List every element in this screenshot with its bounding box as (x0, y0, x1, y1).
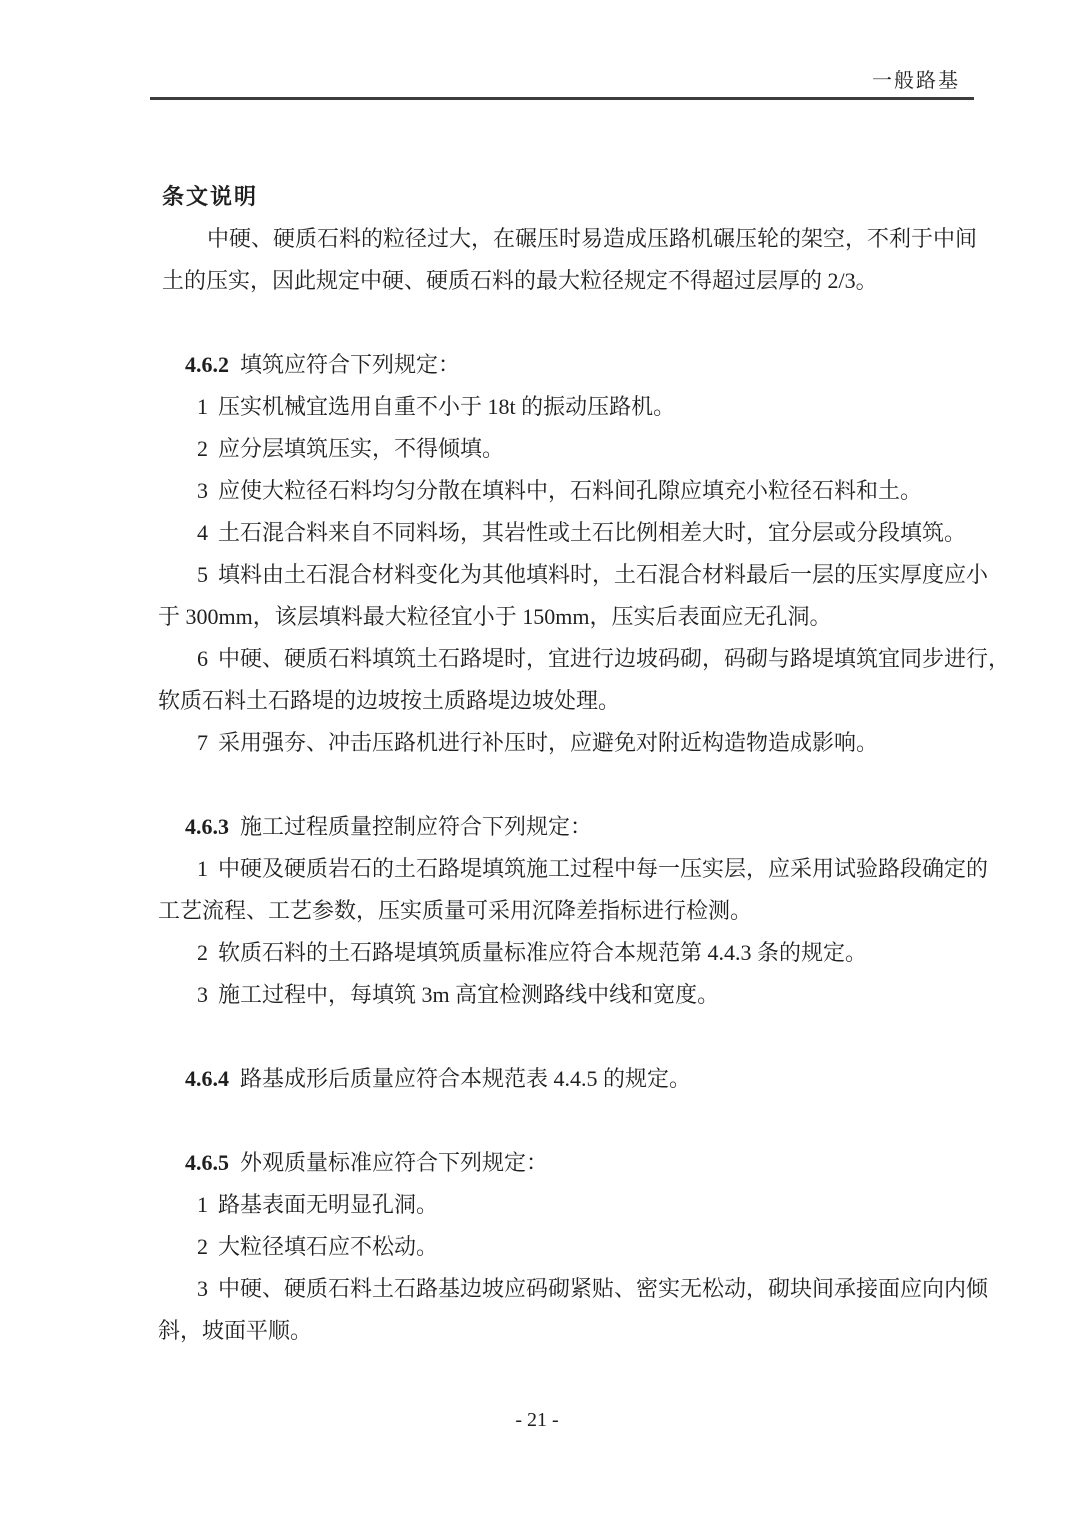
item-text: 路基表面无明显孔洞。 (218, 1192, 438, 1217)
clause-number: 4.6.4 (185, 1058, 240, 1100)
item-number: 2 (197, 1226, 218, 1268)
doc-body: 条文说明中硬、硬质石料的粒径过大，在碾压时易造成压路机碾压轮的架空，不利于中间土… (158, 176, 988, 1352)
page-footer: - 21 - (0, 1404, 1074, 1436)
list-item-line: 软质石料土石路堤的边坡按土质路堤边坡处理。 (158, 680, 988, 722)
list-item-line: 2大粒径填石应不松动。 (158, 1226, 988, 1268)
item-number: 3 (197, 1268, 218, 1310)
list-item-line: 工艺流程、工艺参数，压实质量可采用沉降差指标进行检测。 (158, 890, 988, 932)
item-number: 3 (197, 470, 218, 512)
list-item-line: 1路基表面无明显孔洞。 (158, 1184, 988, 1226)
list-item-line: 5填料由土石混合材料变化为其他填料时，土石混合材料最后一层的压实厚度应小 (158, 554, 988, 596)
clause-number: 4.6.2 (185, 344, 240, 386)
item-number: 1 (197, 1184, 218, 1226)
item-text: 中硬及硬质岩石的土石路堤填筑施工过程中每一压实层，应采用试验路段确定的 (218, 856, 988, 881)
item-number: 7 (197, 722, 218, 764)
notes-section-heading: 条文说明 (158, 176, 988, 218)
list-item-line: 3应使大粒径石料均匀分散在填料中，石料间孔隙应填充小粒径石料和土。 (158, 470, 988, 512)
clause-heading: 4.6.4路基成形后质量应符合本规范表 4.4.5 的规定。 (158, 1058, 988, 1100)
list-item-line: 2软质石料的土石路堤填筑质量标准应符合本规范第 4.4.3 条的规定。 (158, 932, 988, 974)
item-number: 1 (197, 386, 218, 428)
list-item-line: 3施工过程中，每填筑 3m 高宜检测路线中线和宽度。 (158, 974, 988, 1016)
item-text: 土石混合料来自不同料场，其岩性或土石比例相差大时，宜分层或分段填筑。 (218, 520, 966, 545)
note-paragraph-line: 土的压实，因此规定中硬、硬质石料的最大粒径规定不得超过层厚的 2/3。 (158, 260, 988, 302)
clause-heading: 4.6.2填筑应符合下列规定： (158, 344, 988, 386)
item-text: 施工过程中，每填筑 3m 高宜检测路线中线和宽度。 (218, 982, 719, 1007)
list-item-line: 7采用强夯、冲击压路机进行补压时，应避免对附近构造物造成影响。 (158, 722, 988, 764)
item-text: 采用强夯、冲击压路机进行补压时，应避免对附近构造物造成影响。 (218, 730, 878, 755)
clause-heading: 4.6.5外观质量标准应符合下列规定： (158, 1142, 988, 1184)
item-number: 3 (197, 974, 218, 1016)
item-text: 应使大粒径石料均匀分散在填料中，石料间孔隙应填充小粒径石料和土。 (218, 478, 922, 503)
list-item-line: 1中硬及硬质岩石的土石路堤填筑施工过程中每一压实层，应采用试验路段确定的 (158, 848, 988, 890)
clause-title: 路基成形后质量应符合本规范表 4.4.5 的规定。 (240, 1066, 691, 1091)
item-text: 软质石料的土石路堤填筑质量标准应符合本规范第 4.4.3 条的规定。 (218, 940, 867, 965)
clause-title: 填筑应符合下列规定： (240, 352, 460, 377)
list-item-line: 于 300mm，该层填料最大粒径宜小于 150mm，压实后表面应无孔洞。 (158, 596, 988, 638)
clause-number: 4.6.3 (185, 806, 240, 848)
item-number: 2 (197, 428, 218, 470)
item-text: 中硬、硬质石料土石路基边坡应码砌紧贴、密实无松动，砌块间承接面应向内倾 (218, 1276, 988, 1301)
clause-title: 施工过程质量控制应符合下列规定： (240, 814, 592, 839)
item-number: 5 (197, 554, 218, 596)
item-text: 压实机械宜选用自重不小于 18t 的振动压路机。 (218, 394, 675, 419)
item-number: 2 (197, 932, 218, 974)
item-text: 应分层填筑压实，不得倾填。 (218, 436, 504, 461)
list-item-line: 4土石混合料来自不同料场，其岩性或土石比例相差大时，宜分层或分段填筑。 (158, 512, 988, 554)
clause-title: 外观质量标准应符合下列规定： (240, 1150, 548, 1175)
document-page: 一般路基 条文说明中硬、硬质石料的粒径过大，在碾压时易造成压路机碾压轮的架空，不… (0, 0, 1074, 1520)
item-text: 中硬、硬质石料填筑土石路堤时，宜进行边坡码砌，码砌与路堤填筑宜同步进行， (218, 646, 1010, 671)
list-item-line: 斜，坡面平顺。 (158, 1310, 988, 1352)
running-header-title: 一般路基 (872, 64, 960, 93)
list-item-line: 3中硬、硬质石料土石路基边坡应码砌紧贴、密实无松动，砌块间承接面应向内倾 (158, 1268, 988, 1310)
note-paragraph-line: 中硬、硬质石料的粒径过大，在碾压时易造成压路机碾压轮的架空，不利于中间 (158, 218, 988, 260)
page-header: 一般路基 (150, 0, 974, 100)
clause-heading: 4.6.3施工过程质量控制应符合下列规定： (158, 806, 988, 848)
item-text: 大粒径填石应不松动。 (218, 1234, 438, 1259)
list-item-line: 6中硬、硬质石料填筑土石路堤时，宜进行边坡码砌，码砌与路堤填筑宜同步进行， (158, 638, 988, 680)
list-item-line: 1压实机械宜选用自重不小于 18t 的振动压路机。 (158, 386, 988, 428)
item-number: 1 (197, 848, 218, 890)
page-number: - 21 - (515, 1409, 558, 1431)
item-text: 填料由土石混合材料变化为其他填料时，土石混合材料最后一层的压实厚度应小 (218, 562, 988, 587)
item-number: 4 (197, 512, 218, 554)
clause-number: 4.6.5 (185, 1142, 240, 1184)
list-item-line: 2应分层填筑压实，不得倾填。 (158, 428, 988, 470)
item-number: 6 (197, 638, 218, 680)
